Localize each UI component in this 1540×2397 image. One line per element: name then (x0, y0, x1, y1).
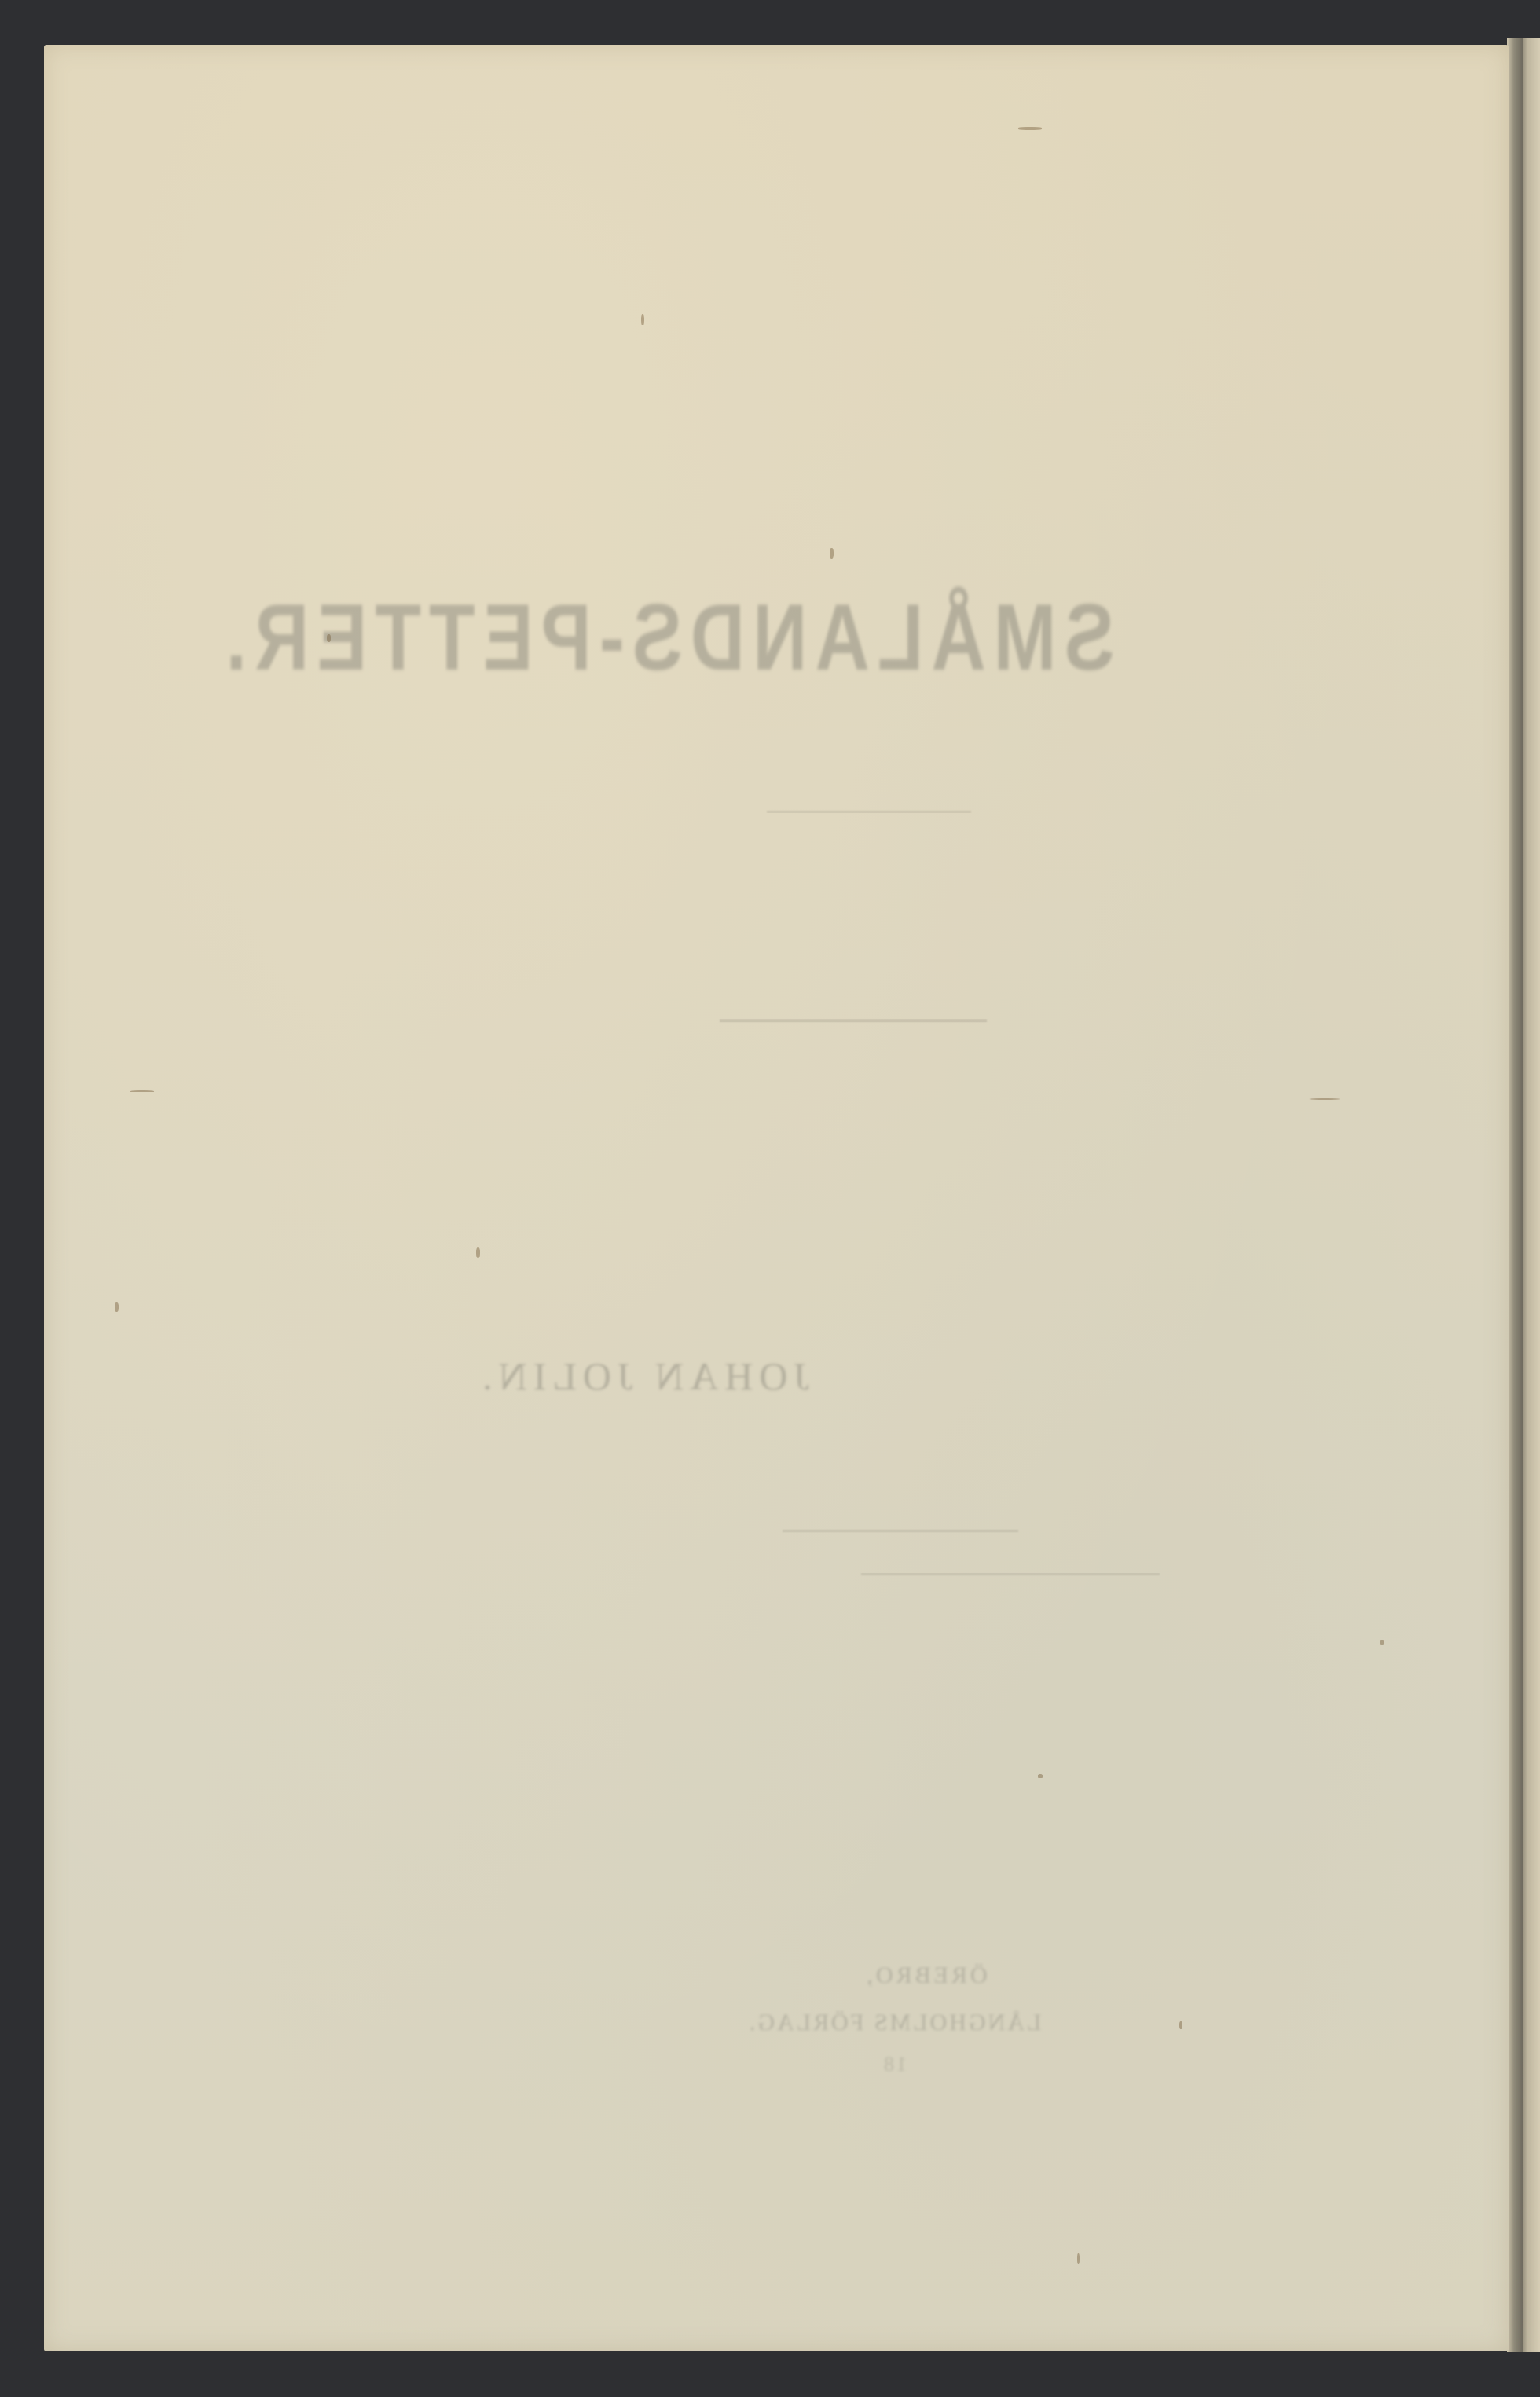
showthrough-imprint-publisher: LÅNGHOLMS FÖRLAG. (311, 2010, 1477, 2036)
book-page: SMÅLANDS-PETTER. JOHAN JOLIN. ÖREBRO, LÅ… (44, 45, 1509, 2351)
adjacent-page-edge (1520, 38, 1540, 2352)
showthrough-rule-lower (861, 1573, 1160, 1575)
showthrough-author: JOHAN JOLIN. (138, 1353, 1147, 1399)
showthrough-title: SMÅLANDS-PETTER. (44, 584, 1289, 692)
paper-speck (130, 1090, 154, 1092)
paper-speck (115, 1302, 119, 1312)
paper-speck (1038, 1774, 1043, 1778)
paper-speck (1309, 1098, 1340, 1100)
showthrough-rule-top (767, 811, 971, 813)
paper-speck (476, 1247, 480, 1258)
paper-speck (1077, 2253, 1080, 2264)
showthrough-rule-middle (783, 1530, 1018, 1532)
page-gutter-shadow (1507, 38, 1523, 2352)
showthrough-imprint-year: 18 (311, 2053, 1477, 2076)
paper-speck (327, 634, 331, 642)
paper-speck (641, 314, 644, 325)
showthrough-imprint-city: ÖREBRO, (343, 1962, 1509, 1989)
paper-speck (830, 548, 834, 559)
paper-speck (1018, 127, 1042, 130)
paper-speck (1179, 2021, 1182, 2029)
showthrough-rule-ornament (720, 1019, 987, 1022)
paper-speck (1380, 1640, 1384, 1645)
